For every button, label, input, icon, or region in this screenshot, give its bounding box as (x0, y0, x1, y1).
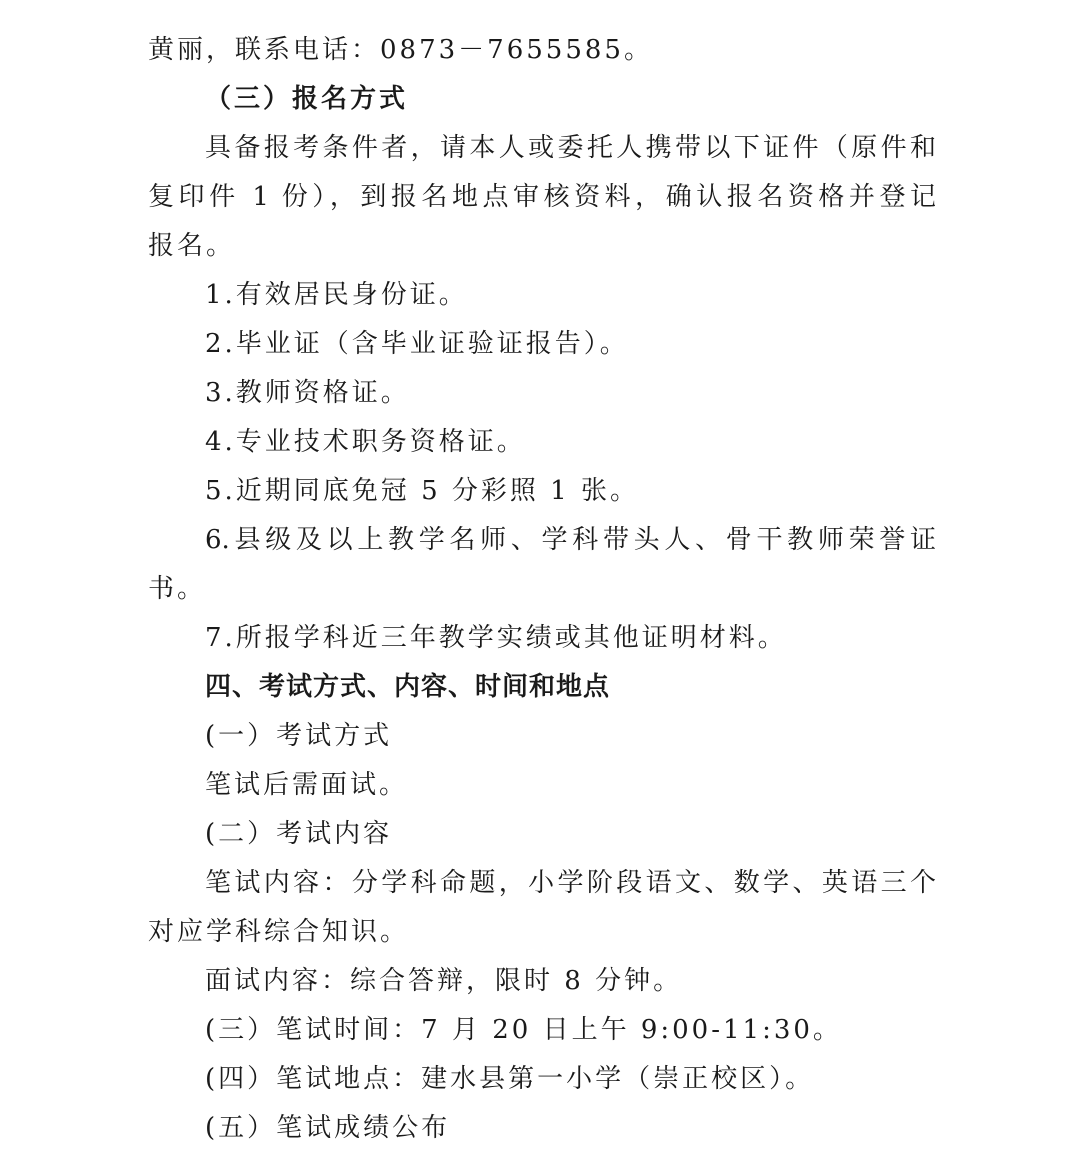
section-heading-exam: 四、考试方式、内容、时间和地点 (148, 663, 936, 712)
document-page: 黄丽，联系电话：0873－7655585。 （三）报名方式 具备报考条件者，请本… (148, 26, 936, 1153)
section-heading-registration-method: （三）报名方式 (148, 75, 936, 124)
registration-paragraph-line-3: 报名。 (148, 222, 936, 271)
list-item-5: 5.近期同底免冠 5 分彩照 1 张。 (148, 467, 936, 516)
list-item-3: 3.教师资格证。 (148, 369, 936, 418)
contact-line: 黄丽，联系电话：0873－7655585。 (148, 26, 936, 75)
written-exam-location: (四）笔试地点：建水县第一小学（崇正校区）。 (148, 1055, 936, 1104)
subheading-exam-content: (二）考试内容 (148, 810, 936, 859)
subheading-score-publication: (五）笔试成绩公布 (148, 1104, 936, 1153)
list-item-1: 1.有效居民身份证。 (148, 271, 936, 320)
list-item-7: 7.所报学科近三年教学实绩或其他证明材料。 (148, 614, 936, 663)
list-item-2: 2.毕业证（含毕业证验证报告）。 (148, 320, 936, 369)
written-exam-content-line-2: 对应学科综合知识。 (148, 908, 936, 957)
list-item-4: 4.专业技术职务资格证。 (148, 418, 936, 467)
subheading-exam-method: (一）考试方式 (148, 712, 936, 761)
registration-paragraph-line-1: 具备报考条件者，请本人或委托人携带以下证件（原件和 (148, 124, 936, 173)
written-exam-content-line-1: 笔试内容：分学科命题，小学阶段语文、数学、英语三个 (148, 859, 936, 908)
interview-content: 面试内容：综合答辩，限时 8 分钟。 (148, 957, 936, 1006)
registration-paragraph-line-2: 复印件 1 份），到报名地点审核资料，确认报名资格并登记 (148, 173, 936, 222)
written-exam-time: (三）笔试时间：7 月 20 日上午 9:00-11:30。 (148, 1006, 936, 1055)
list-item-6-line-1: 6.县级及以上教学名师、学科带头人、骨干教师荣誉证 (148, 516, 936, 565)
list-item-6-line-2: 书。 (148, 565, 936, 614)
exam-method-text: 笔试后需面试。 (148, 761, 936, 810)
